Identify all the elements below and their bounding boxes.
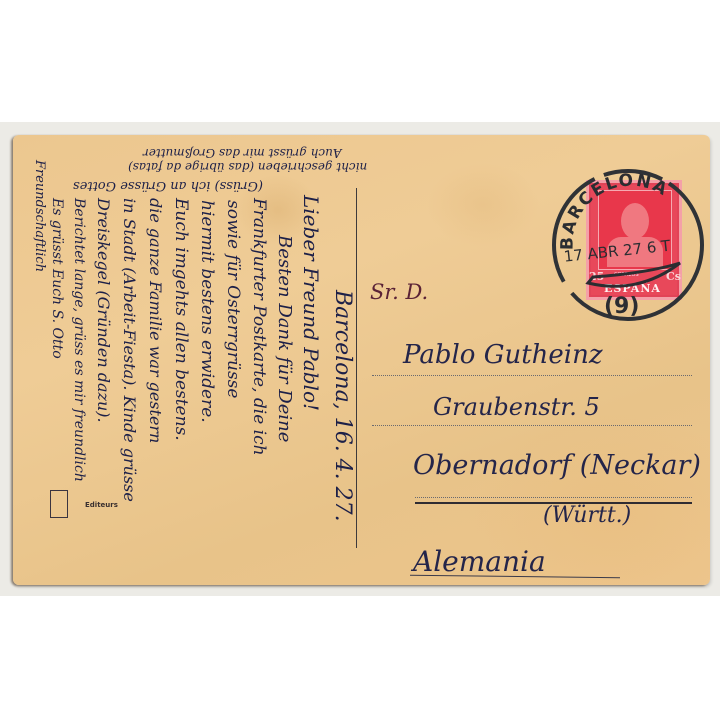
publisher-logo-icon [50,490,68,518]
message-line: Besten Dank für Deine [274,235,295,442]
recipient-street: Graubenstr. 5 [433,393,600,421]
recipient-city: Obernadorf (Neckar) [413,450,701,481]
postmark-date: 17 ABR 27 6 T [563,237,672,266]
message-line: Es grüsst Euch S. Otto [49,198,65,359]
message-place-date: Barcelona, 16. 4. 27. [330,290,355,522]
recipient-region: (Württ.) [543,503,631,528]
message-line: Frankfurter Postkarte, die ich [249,198,269,456]
postmark-number: (9) [604,294,639,319]
margin-note-line: (Grüss) ich an Grüsse Gottes [73,178,263,193]
postmark-icon: BARCELONA 17 ABR 27 6 T (9) [548,165,708,325]
message-line: sowie für Osterrgrüsse [223,200,243,398]
message-signature: Freundschaftlich [32,160,47,272]
card-divider [356,188,357,548]
message-line: hiermit bestens erwidere. [197,200,217,423]
postcard: Auch grüsst mir das Großmutter nicht ges… [13,135,710,585]
message-line: Euch imgehts allen bestens. [171,198,191,441]
message-line: in Stadt (Arbeit-Fiesta). Kinde grüsse [120,198,139,502]
margin-note-line: Auch grüsst mir das Großmutter [143,146,342,160]
message-line: Berichtet lange, grüss es mir freundlich [71,198,87,482]
address-line-1 [372,375,692,376]
recipient-country: Alemania [413,545,546,578]
recipient-prefix: Sr. D. [370,280,428,304]
message-area: Auch grüsst mir das Großmutter nicht ges… [23,140,358,580]
address-line-2 [372,425,692,426]
address-line-3 [415,497,692,498]
margin-note-line: nicht geschrieben (das übrige da fatas) [128,160,367,174]
recipient-name: Pablo Gutheinz [403,340,603,370]
publisher-label: Editeurs [85,501,118,509]
message-line: Lieber Freund Pablo! [299,195,323,411]
message-line: die ganze Familie war gestern [146,198,165,443]
message-line: Dreiskegel (Gründen dazu). [94,198,113,423]
